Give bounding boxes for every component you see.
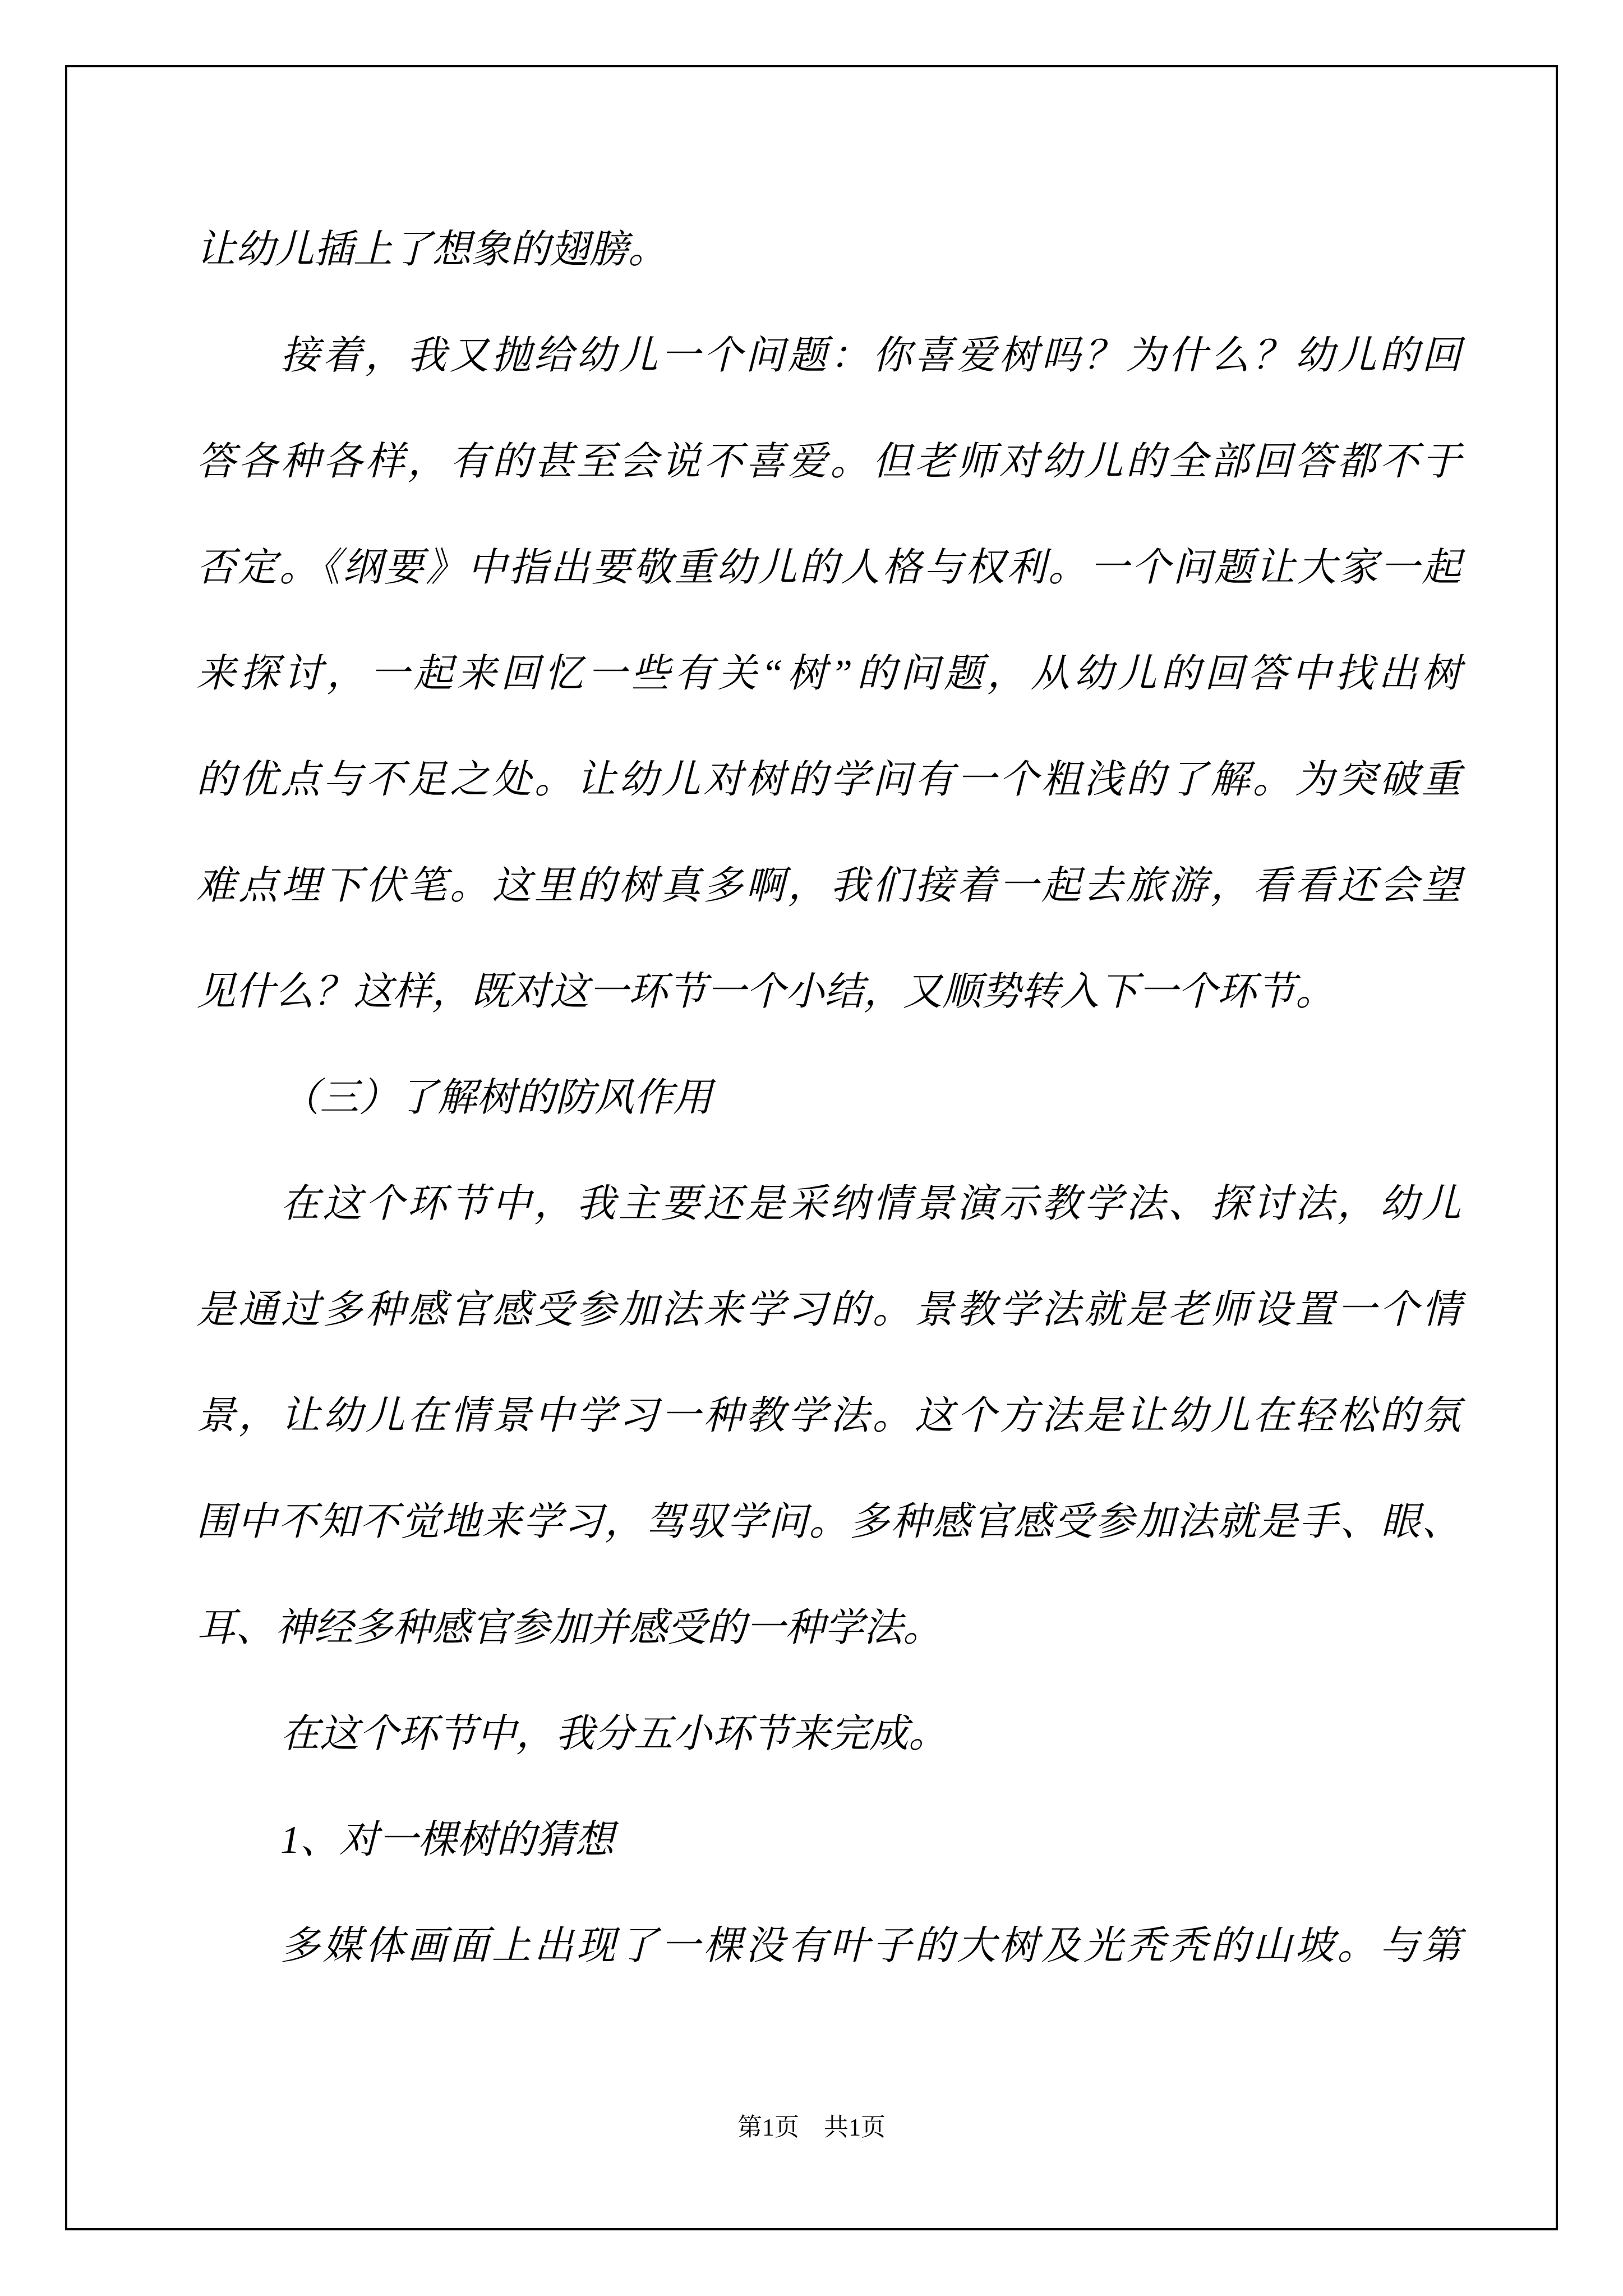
text-line: 的优点与不足之处。让幼儿对树的学问有一个粗浅的了解。为突破重 (196, 761, 1461, 800)
page-border-frame (65, 65, 1558, 2230)
text-line: 让幼儿插上了想象的翅膀。 (196, 231, 1461, 270)
text-line: 耳、神经多种感官参加并感受的一种学法。 (196, 1609, 1461, 1648)
document-page: 让幼儿插上了想象的翅膀。 接着，我又抛给幼儿一个问题：你喜爱树吗？为什么？幼儿的… (0, 0, 1623, 2296)
text-line: 见什么？这样，既对这一环节一个小结，又顺势转入下一个环节。 (196, 973, 1461, 1012)
text-line: 难点埋下伏笔。这里的树真多啊，我们接着一起去旅游，看看还会望 (196, 867, 1461, 906)
text-line: 在这个环节中，我主要还是采纳情景演示教学法、探讨法，幼儿 (280, 1185, 1461, 1224)
text-line: 答各种各样，有的甚至会说不喜爱。但老师对幼儿的全部回答都不于 (196, 443, 1461, 482)
text-line: 围中不知不觉地来学习，驾驭学问。多种感官感受参加法就是手、眼、 (196, 1503, 1461, 1542)
text-line: 在这个环节中，我分五小环节来完成。 (280, 1715, 1461, 1754)
text-line: 多媒体画面上出现了一棵没有叶子的大树及光秃秃的山坡。与第 (280, 1927, 1461, 1966)
text-line: 景，让幼儿在情景中学习一种教学法。这个方法是让幼儿在轻松的氛 (196, 1397, 1461, 1436)
text-line: 来探讨，一起来回忆一些有关“树”的问题，从幼儿的回答中找出树 (196, 655, 1461, 694)
text-line: 接着，我又抛给幼儿一个问题：你喜爱树吗？为什么？幼儿的回 (280, 337, 1461, 376)
section-heading-line: （三）了解树的防风作用 (280, 1079, 1461, 1118)
text-line: 是通过多种感官感受参加法来学习的。景教学法就是老师设置一个情 (196, 1291, 1461, 1330)
text-line: 否定。《纲要》中指出要敬重幼儿的人格与权利。一个问题让大家一起 (196, 549, 1461, 588)
numbered-item-line: 1、对一棵树的猜想 (280, 1821, 1461, 1860)
page-number-footer: 第1页 共1页 (0, 2115, 1623, 2140)
